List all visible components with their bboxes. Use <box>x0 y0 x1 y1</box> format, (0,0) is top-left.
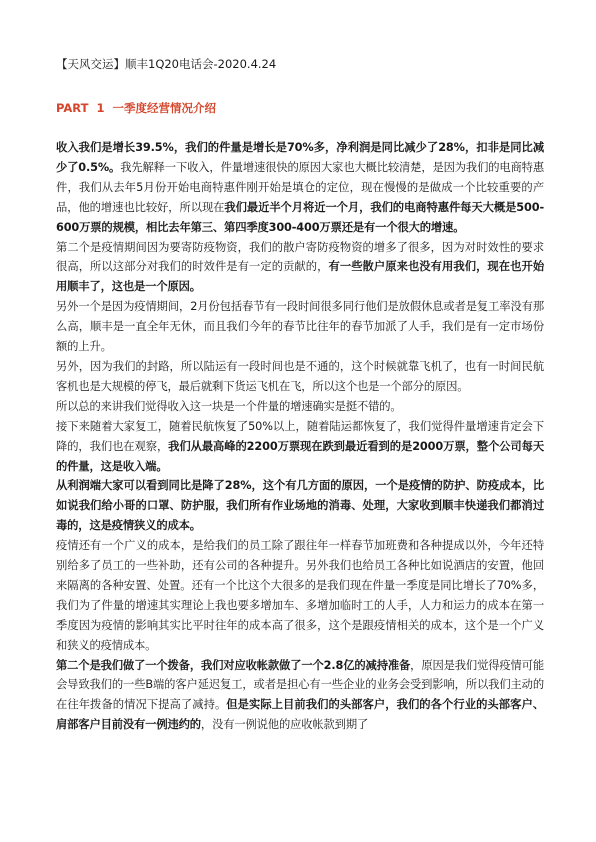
paragraph: 另外，因为我们的封路，所以陆运有一段时间也是不通的，这个时候就靠飞机了，也有一时… <box>56 357 544 397</box>
paragraph: 收入我们是增长39.5%，我们的件量是增长是70%多，净利润是同比减少了28%，… <box>56 138 544 238</box>
paragraph: 第二个是我们做了一个拨备，我们对应收帐款做了一个2.8亿的减持准备，原因是我们觉… <box>56 656 544 736</box>
document-body: 收入我们是增长39.5%，我们的件量是增长是70%多，净利润是同比减少了28%，… <box>56 138 544 735</box>
paragraph: 从利润端大家可以看到同比是降了28%，这个有几方面的原因，一个是疫情的防护、防疫… <box>56 476 544 536</box>
bold-text-run: 第二个是我们做了一个拨备，我们对应收帐款做了一个2.8亿的减持准备 <box>56 659 410 672</box>
section-heading: PART1一季度经营情况介绍 <box>56 100 216 116</box>
text-run: 所以总的来讲我们觉得收入这一块是一个件量的增速确实是挺不错的。 <box>56 400 402 413</box>
paragraph: 第二个是疫情期间因为要寄防疫物资，我们的散户寄防疫物资的增多了很多，因为对时效性… <box>56 238 544 298</box>
text-run: 另外一个是因为疫情期间，2月份包括春节有一段时间很多同行他们是放假休息或者是复工… <box>56 300 544 353</box>
paragraph: 疫情还有一个广义的成本，是给我们的员工除了跟往年一样春节加班费和各种提成以外，今… <box>56 536 544 655</box>
paragraph: 接下来随着大家复工，随着民航恢复了50%以上，随着陆运都恢复了，我们觉得件量增速… <box>56 417 544 477</box>
text-run: 另外，因为我们的封路，所以陆运有一段时间也是不通的，这个时候就靠飞机了，也有一时… <box>56 360 544 393</box>
document-title: 【天风交运】顺丰1Q20电话会-2020.4.24 <box>56 56 276 72</box>
text-run: ，没有一例说他的应收帐款到期了 <box>201 718 368 731</box>
section-number: 1 <box>96 101 104 115</box>
text-run: 疫情还有一个广义的成本，是给我们的员工除了跟往年一样春节加班费和各种提成以外，今… <box>56 539 544 652</box>
section-part-label: PART <box>56 101 88 115</box>
section-title: 一季度经营情况介绍 <box>112 101 216 115</box>
bold-text-run: 从利润端大家可以看到同比是降了28%，这个有几方面的原因，一个是疫情的防护、防疫… <box>56 479 544 532</box>
paragraph: 所以总的来讲我们觉得收入这一块是一个件量的增速确实是挺不错的。 <box>56 397 544 417</box>
paragraph: 另外一个是因为疫情期间，2月份包括春节有一段时间很多同行他们是放假休息或者是复工… <box>56 297 544 357</box>
